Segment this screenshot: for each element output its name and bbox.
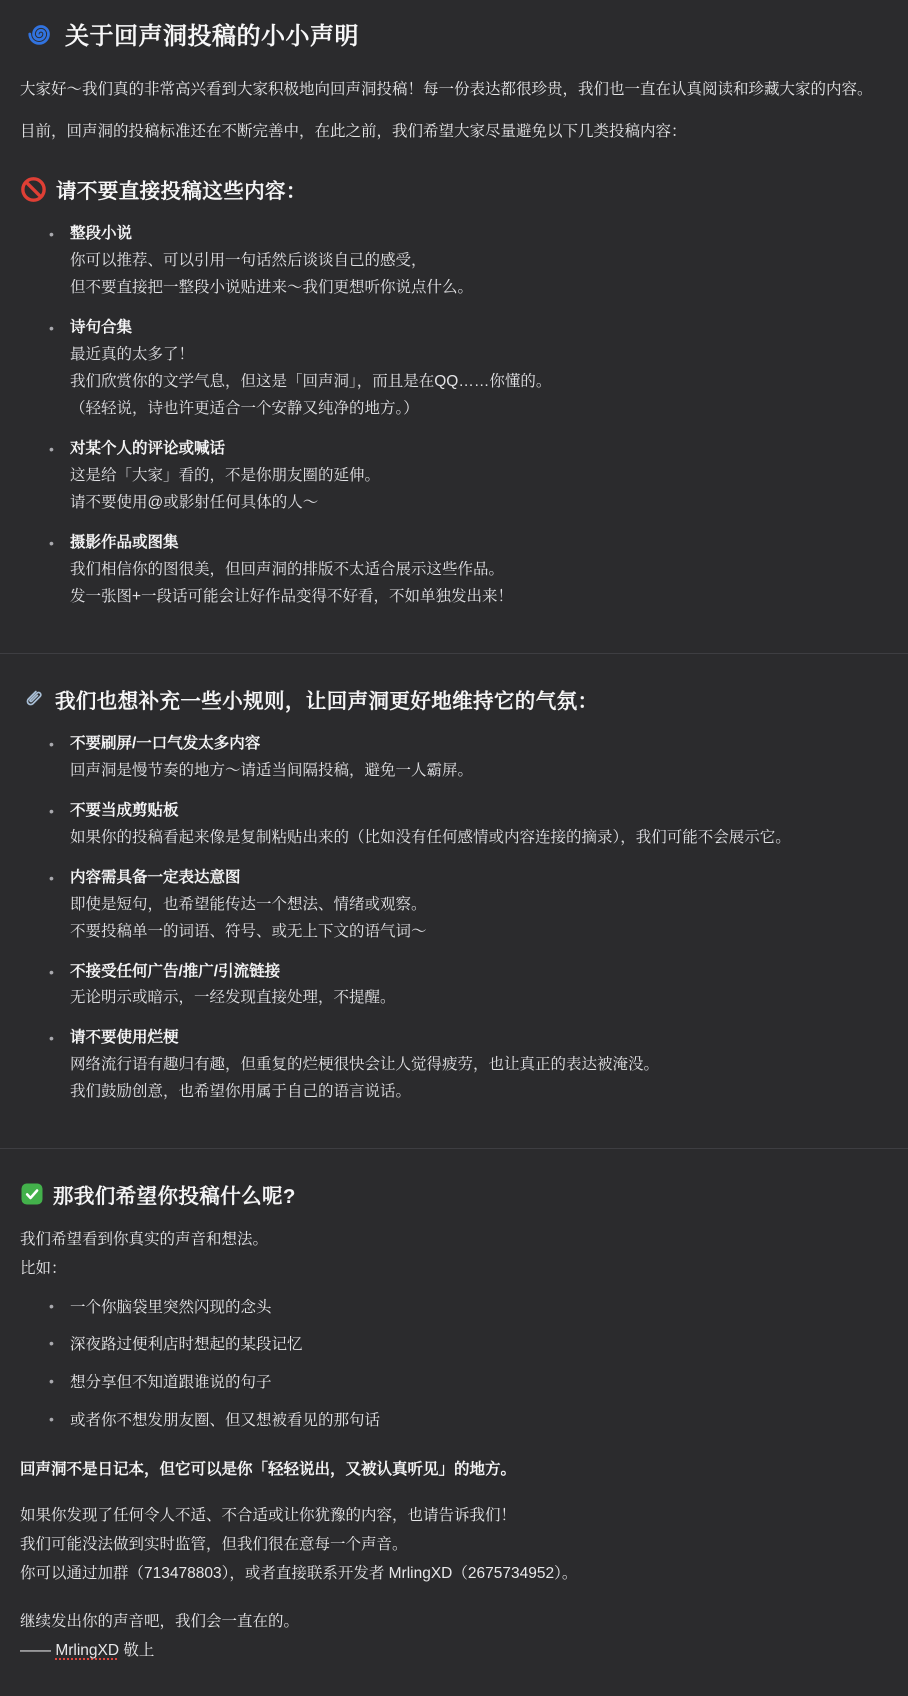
section-rules-heading: 我们也想补充一些小规则，让回声洞更好地维持它的气氛： xyxy=(20,684,894,714)
feedback-line-1: 如果你发现了任何令人不适、不合适或让你犹豫的内容，也请告诉我们！ xyxy=(20,1502,894,1531)
item-title: 不接受任何广告/推广/引流链接 xyxy=(70,959,894,986)
section-divider xyxy=(0,653,908,654)
list-item-no-clipboard: 不要当成剪贴板 如果你的投稿看起来像是复制粘贴出来的（比如没有任何感情或内容连接… xyxy=(70,798,894,852)
closing-line: 继续发出你的声音吧，我们会一直在的。 xyxy=(20,1608,894,1637)
item-line: 我们鼓励创意，也希望你用属于自己的语言说话。 xyxy=(70,1079,894,1106)
item-title: 内容需具备一定表达意图 xyxy=(70,865,894,892)
section-donts-heading: 请不要直接投稿这些内容： xyxy=(20,174,894,204)
list-item-no-ads: 不接受任何广告/推广/引流链接 无论明示或暗示，一经发现直接处理，不提醒。 xyxy=(70,959,894,1013)
list-item-personal-comment: 对某个人的评论或喊话 这是给「大家」看的，不是你朋友圈的延伸。 请不要使用@或影… xyxy=(70,436,894,517)
example-item: 或者你不想发朋友圈、但又想被看见的那句话 xyxy=(70,1410,894,1432)
item-line: 我们相信你的图很美，但回声洞的排版不太适合展示这些作品。 xyxy=(70,557,894,584)
item-line: 你可以推荐、可以引用一句话然后谈谈自己的感受， xyxy=(70,248,894,275)
item-title: 摄影作品或图集 xyxy=(70,530,894,557)
closing-paragraph: 继续发出你的声音吧，我们会一直在的。 —— MrlingXD 敬上 xyxy=(20,1608,894,1665)
list-item-no-stale-memes: 请不要使用烂梗 网络流行语有趣归有趣，但重复的烂梗很快会让人觉得疲劳，也让真正的… xyxy=(70,1025,894,1106)
echo-cave-statement: 回声洞不是日记本，但它可以是你「轻轻说出，又被认真听见」的地方。 xyxy=(20,1458,894,1483)
signature-suffix: 敬上 xyxy=(119,1642,154,1659)
list-item-expressive-intent: 内容需具备一定表达意图 即使是短句，也希望能传达一个想法、情绪或观察。 不要投稿… xyxy=(70,865,894,946)
section-wishes-heading-text: 那我们希望你投稿什么呢? xyxy=(53,1179,296,1209)
page-title-text: 关于回声洞投稿的小小声明 xyxy=(65,16,359,51)
list-item-poetry: 诗句合集 最近真的太多了！ 我们欣赏你的文学气息，但这是「回声洞」，而且是在QQ… xyxy=(70,315,894,423)
announcement-document: 关于回声洞投稿的小小声明 大家好～我们真的非常高兴看到大家积极地向回声洞投稿！每… xyxy=(20,16,894,1666)
item-line: 最近真的太多了！ xyxy=(70,342,894,369)
example-item: 深夜路过便利店时想起的某段记忆 xyxy=(70,1334,894,1356)
item-title: 不要当成剪贴板 xyxy=(70,798,894,825)
item-title: 不要刷屏/一口气发太多内容 xyxy=(70,731,894,758)
wishes-lead: 我们希望看到你真实的声音和想法。 比如： xyxy=(20,1226,894,1282)
item-line: 不要投稿单一的词语、符号、或无上下文的语气词～ xyxy=(70,919,894,946)
list-item-photography: 摄影作品或图集 我们相信你的图很美，但回声洞的排版不太适合展示这些作品。 发一张… xyxy=(70,530,894,611)
prohibited-icon xyxy=(20,176,47,203)
item-line: 发一张图+一段话可能会让好作品变得不好看，不如单独发出来！ xyxy=(70,584,894,611)
item-line: 但不要直接把一整段小说贴进来～我们更想听你说点什么。 xyxy=(70,275,894,302)
check-mark-icon xyxy=(20,1182,44,1206)
page-title: 关于回声洞投稿的小小声明 xyxy=(28,16,894,51)
item-line: 无论明示或暗示，一经发现直接处理，不提醒。 xyxy=(70,985,894,1012)
item-title: 诗句合集 xyxy=(70,315,894,342)
item-line: 网络流行语有趣归有趣，但重复的烂梗很快会让人觉得疲劳，也让真正的表达被淹没。 xyxy=(70,1052,894,1079)
feedback-paragraph: 如果你发现了任何令人不适、不合适或让你犹豫的内容，也请告诉我们！ 我们可能没法做… xyxy=(20,1502,894,1588)
wishes-lead-line-2: 比如： xyxy=(20,1255,894,1283)
section-wishes-heading: 那我们希望你投稿什么呢? xyxy=(20,1179,894,1209)
feedback-line-contact: 你可以通过加群（713478803），或者直接联系开发者 MrlingXD（26… xyxy=(20,1560,894,1589)
item-line: 回声洞是慢节奏的地方～请适当间隔投稿，避免一人霸屏。 xyxy=(70,758,894,785)
item-line: 我们欣赏你的文学气息，但这是「回声洞」，而且是在QQ……你懂的。 xyxy=(70,369,894,396)
signature-line: —— MrlingXD 敬上 xyxy=(20,1637,894,1666)
wishes-lead-line-1: 我们希望看到你真实的声音和想法。 xyxy=(20,1226,894,1254)
section-divider xyxy=(0,1148,908,1149)
feedback-line-2: 我们可能没法做到实时监管，但我们很在意每一个声音。 xyxy=(20,1531,894,1560)
examples-list: 一个你脑袋里突然闪现的念头 深夜路过便利店时想起的某段记忆 想分享但不知道跟谁说… xyxy=(20,1297,894,1432)
item-title: 请不要使用烂梗 xyxy=(70,1025,894,1052)
list-item-no-flooding: 不要刷屏/一口气发太多内容 回声洞是慢节奏的地方～请适当间隔投稿，避免一人霸屏。 xyxy=(70,731,894,785)
item-line: 如果你的投稿看起来像是复制粘贴出来的（比如没有任何感情或内容连接的摘录），我们可… xyxy=(70,825,894,852)
paperclip-icon xyxy=(20,686,46,712)
example-item: 想分享但不知道跟谁说的句子 xyxy=(70,1372,894,1394)
section-donts-heading-text: 请不要直接投稿这些内容： xyxy=(56,174,307,204)
cyclone-icon xyxy=(28,21,54,47)
developer-name: MrlingXD xyxy=(55,1642,119,1659)
donts-list: 整段小说 你可以推荐、可以引用一句话然后谈谈自己的感受， 但不要直接把一整段小说… xyxy=(20,221,894,611)
item-title: 整段小说 xyxy=(70,221,894,248)
intro-paragraph-1: 大家好～我们真的非常高兴看到大家积极地向回声洞投稿！每一份表达都很珍贵，我们也一… xyxy=(20,77,894,103)
signature-dash: —— xyxy=(20,1642,55,1659)
item-line: 请不要使用@或影射任何具体的人～ xyxy=(70,490,894,517)
rules-list: 不要刷屏/一口气发太多内容 回声洞是慢节奏的地方～请适当间隔投稿，避免一人霸屏。… xyxy=(20,731,894,1107)
section-rules-heading-text: 我们也想补充一些小规则，让回声洞更好地维持它的气氛： xyxy=(55,684,598,714)
item-line: 即使是短句，也希望能传达一个想法、情绪或观察。 xyxy=(70,892,894,919)
example-item: 一个你脑袋里突然闪现的念头 xyxy=(70,1297,894,1319)
item-line: 这是给「大家」看的，不是你朋友圈的延伸。 xyxy=(70,463,894,490)
intro-paragraph-2: 目前，回声洞的投稿标准还在不断完善中，在此之前，我们希望大家尽量避免以下几类投稿… xyxy=(20,119,894,145)
list-item-novel: 整段小说 你可以推荐、可以引用一句话然后谈谈自己的感受， 但不要直接把一整段小说… xyxy=(70,221,894,302)
item-title: 对某个人的评论或喊话 xyxy=(70,436,894,463)
item-line: （轻轻说，诗也许更适合一个安静又纯净的地方。） xyxy=(70,396,894,423)
